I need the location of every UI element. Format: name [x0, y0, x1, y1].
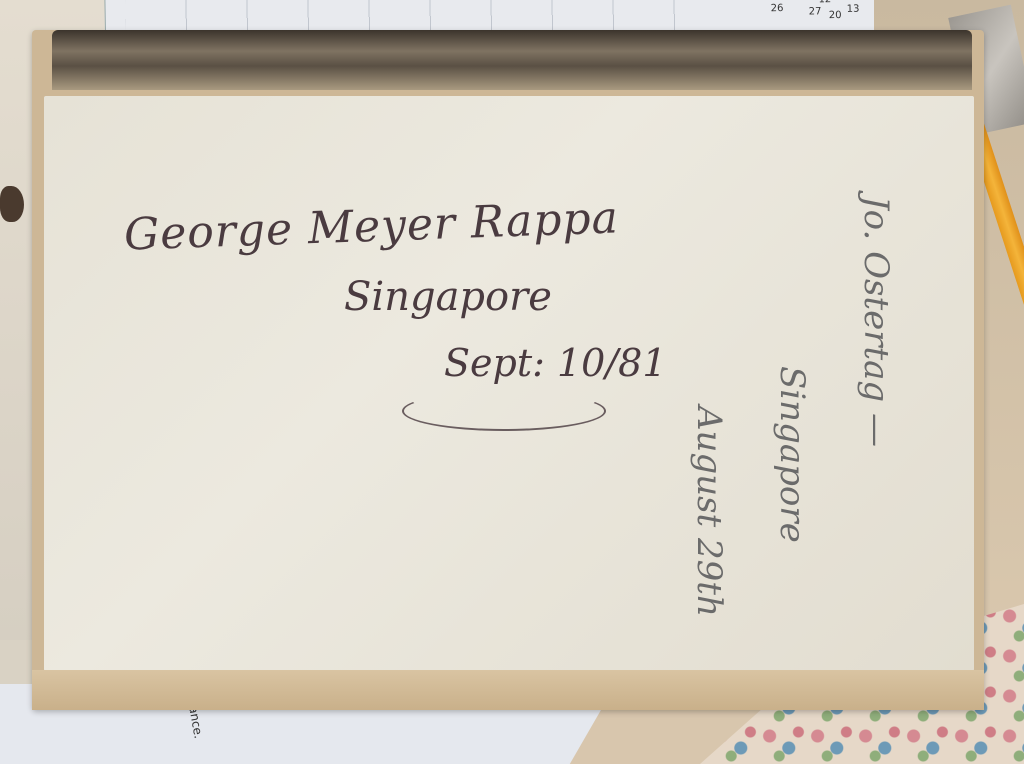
photo-scene: 26 19 27 12 20 5 13 6 T F ARY ance. Geor…: [0, 0, 1024, 764]
pencil-inscription-line3: August 29th: [689, 406, 729, 617]
inscription-name: George Meyer Rappa: [123, 192, 619, 260]
calendar-number: 27: [809, 6, 822, 17]
book-bottom-edge: [32, 670, 984, 710]
wall-hole: [0, 186, 24, 222]
calendar-number: 12: [818, 0, 831, 5]
book-spine: [52, 30, 972, 90]
old-book: George Meyer Rappa Singapore Sept: 10/81…: [32, 30, 984, 710]
ink-flourish: [402, 391, 606, 431]
inscription-date: Sept: 10/81: [444, 341, 667, 385]
pencil-inscription-line1: Jo. Ostertag —: [856, 196, 896, 447]
endpaper-page: George Meyer Rappa Singapore Sept: 10/81…: [44, 96, 974, 671]
calendar-number: 13: [847, 4, 860, 15]
pencil-inscription-line2: Singapore: [772, 366, 812, 543]
inscription-place: Singapore: [344, 274, 552, 320]
calendar-number: 26: [771, 3, 784, 14]
calendar-number: 20: [829, 10, 842, 21]
